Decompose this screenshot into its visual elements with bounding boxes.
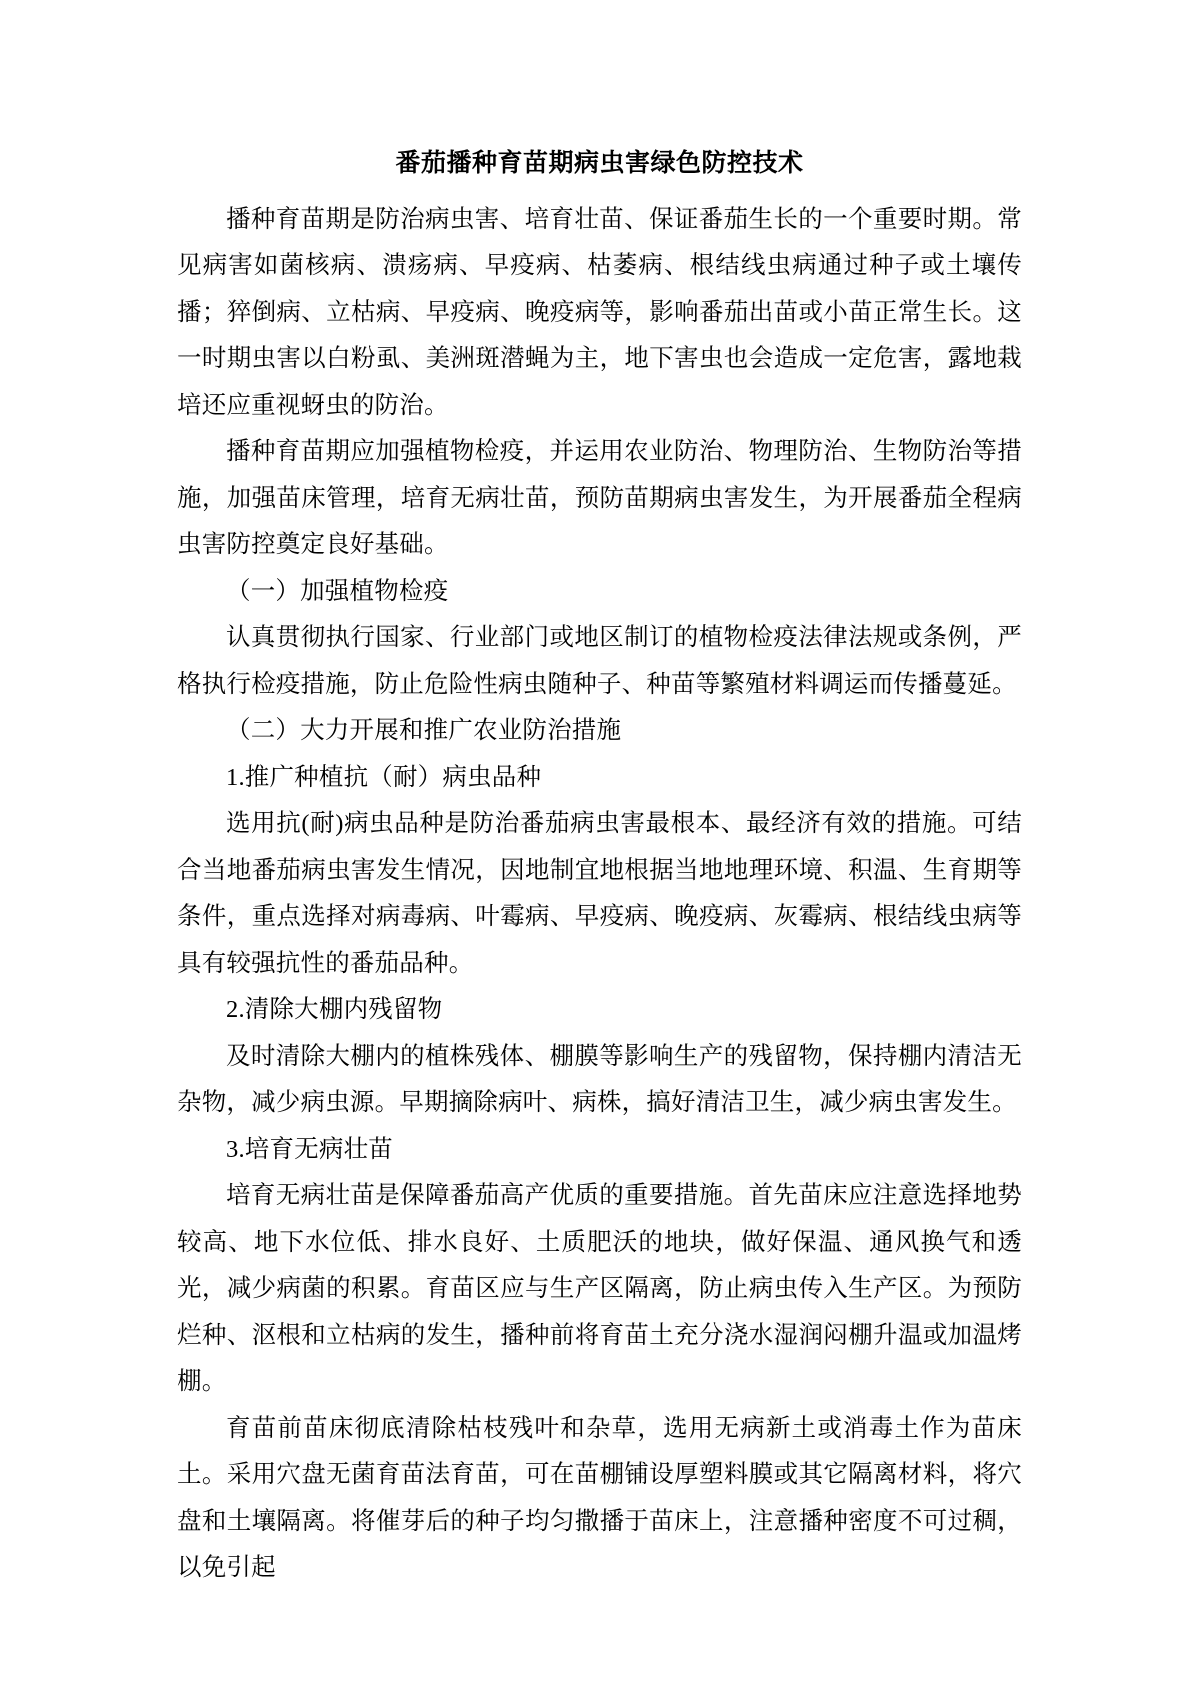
paragraph-healthy-seedlings-detail: 培育无病壮苗是保障番茄高产优质的重要措施。首先苗床应注意选择地势较高、地下水位低… xyxy=(177,1173,1022,1406)
paragraph-seedbed-preparation: 育苗前苗床彻底清除枯枝残叶和杂草，选用无病新土或消毒土作为苗床土。采用穴盘无菌育… xyxy=(177,1406,1022,1592)
section-heading-1-plant-quarantine: （一）加强植物检疫 xyxy=(177,569,1022,616)
paragraph-resistant-varieties-detail: 选用抗(耐)病虫品种是防治番茄病虫害最根本、最经济有效的措施。可结合当地番茄病虫… xyxy=(177,801,1022,987)
paragraph-control-strategy: 播种育苗期应加强植物检疫，并运用农业防治、物理防治、生物防治等措施，加强苗床管理… xyxy=(177,429,1022,569)
subheading-2-remove-residues: 2.清除大棚内残留物 xyxy=(177,987,1022,1034)
paragraph-quarantine-detail: 认真贯彻执行国家、行业部门或地区制订的植物检疫法律法规或条例，严格执行检疫措施，… xyxy=(177,615,1022,708)
subheading-3-healthy-seedlings: 3.培育无病壮苗 xyxy=(177,1127,1022,1174)
section-heading-2-agricultural-control: （二）大力开展和推广农业防治措施 xyxy=(177,708,1022,755)
document-page: 番茄播种育苗期病虫害绿色防控技术 播种育苗期是防治病虫害、培育壮苗、保证番茄生长… xyxy=(0,0,1190,1683)
document-title: 番茄播种育苗期病虫害绿色防控技术 xyxy=(177,141,1022,188)
subheading-1-resistant-varieties: 1.推广种植抗（耐）病虫品种 xyxy=(177,755,1022,802)
paragraph-overview-diseases: 播种育苗期是防治病虫害、培育壮苗、保证番茄生长的一个重要时期。常见病害如菌核病、… xyxy=(177,197,1022,430)
paragraph-remove-residues-detail: 及时清除大棚内的植株残体、棚膜等影响生产的残留物，保持棚内清洁无杂物，减少病虫源… xyxy=(177,1034,1022,1127)
